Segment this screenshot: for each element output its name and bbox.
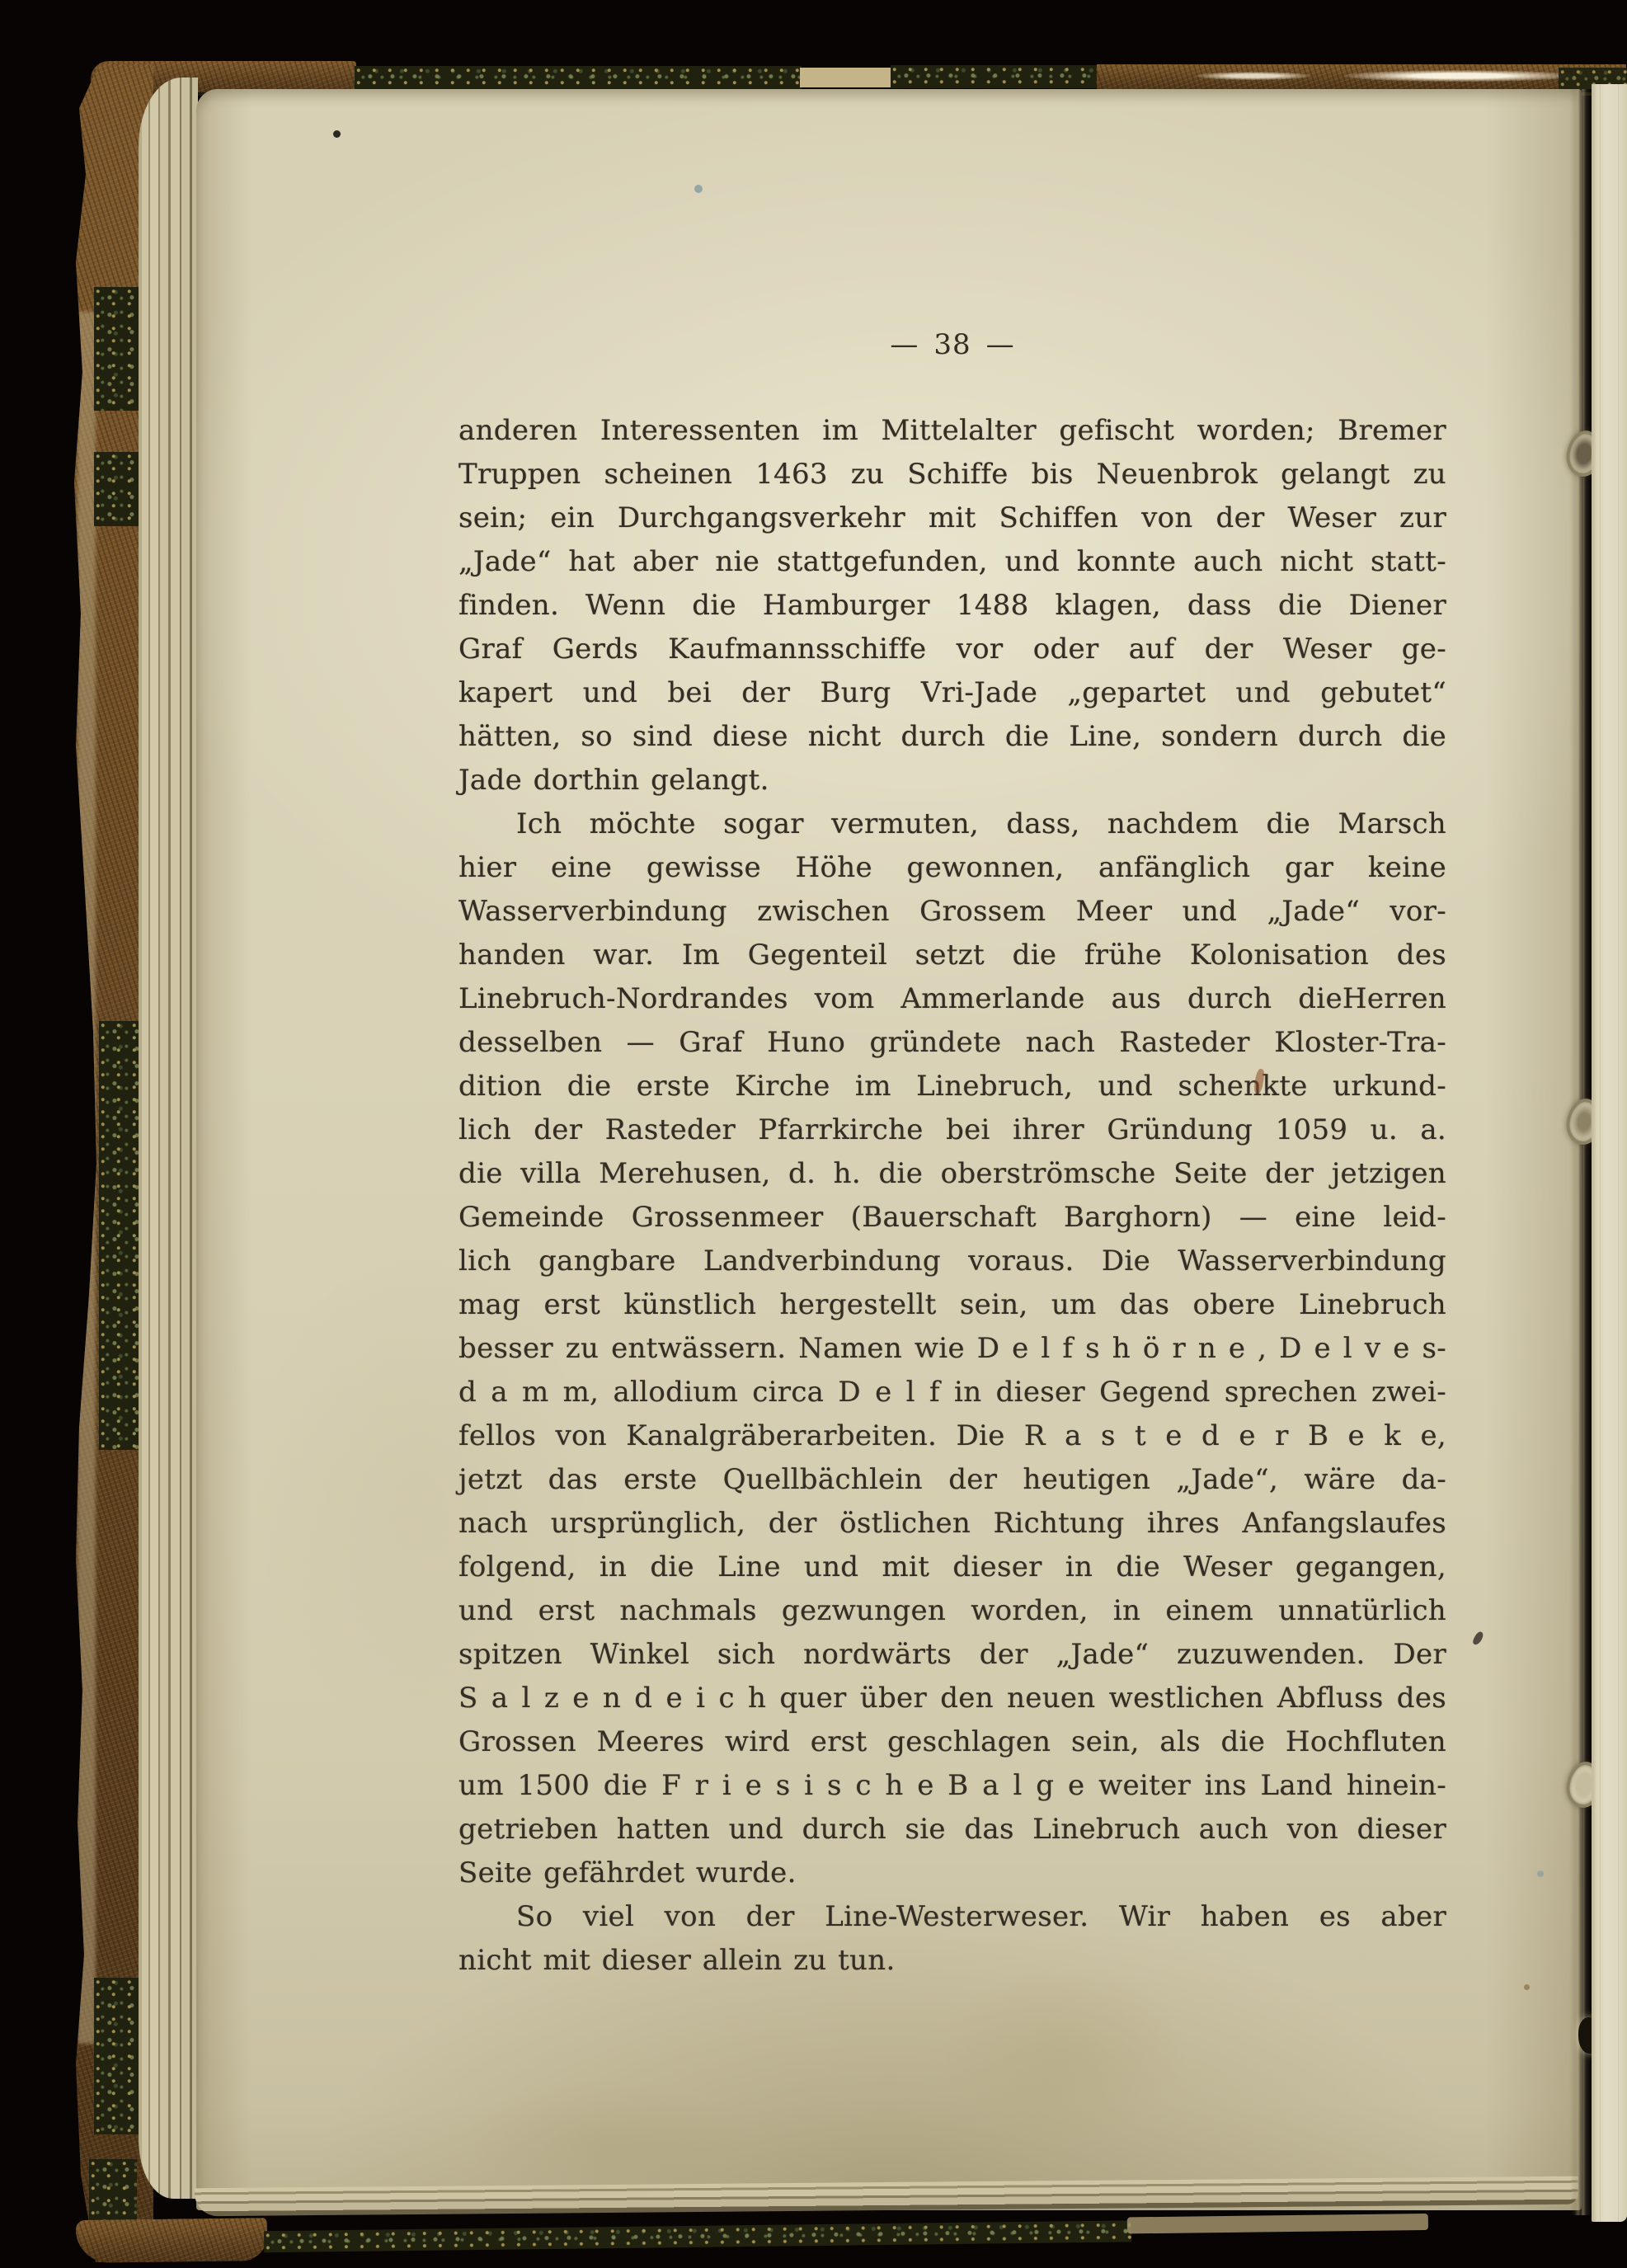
top-edge-tan-strip (800, 68, 892, 87)
page-number: — 38 — (458, 328, 1446, 361)
foxing-stain (1179, 544, 1361, 792)
text-line: nicht mit dieser allein zu tun. (458, 1939, 1446, 1983)
text-line: lich der Rasteder Pfarrkirche bei ihrer … (458, 1108, 1446, 1152)
text-line: fellos von Kanalgräberarbeiten. Die R a … (458, 1414, 1446, 1458)
text-line: Linebruch-Nordrandes vom Ammerlande aus … (458, 977, 1446, 1021)
marbled-cover-patch (94, 1978, 142, 2134)
binding-gutter (1570, 89, 1592, 2215)
text-line: handen war. Im Gegenteil setzt die frühe… (458, 934, 1446, 977)
page-stack-left-edges (139, 78, 198, 2199)
cover-board-sliver (78, 312, 96, 2044)
scanned-book-photo: — 38 — anderen Interessenten im Mittelal… (0, 0, 1627, 2268)
text-line: um 1500 die F r i e s i s c h e B a l g … (458, 1764, 1446, 1808)
glossy-highlight (1344, 70, 1575, 82)
text-line: So viel von der Line-Westerweser. Wir ha… (458, 1895, 1446, 1939)
bottom-tan-strip (1127, 2214, 1428, 2233)
text-line: anderen Interessenten im Mittelalter gef… (458, 409, 1446, 453)
glossy-highlight (1196, 72, 1311, 80)
ink-speck (333, 130, 341, 138)
text-line: dition die erste Kirche im Linebruch, un… (458, 1065, 1446, 1108)
foxing-stain (940, 1963, 1187, 2144)
text-line: d a m m, allodium circa D e l f in diese… (458, 1371, 1446, 1414)
text-line: hier eine gewisse Höhe gewonnen, anfängl… (458, 846, 1446, 890)
text-line: Wasserverbindung zwischen Grossem Meer u… (458, 890, 1446, 934)
text-line: nach ursprünglich, der östlichen Richtun… (458, 1502, 1446, 1546)
text-line: lich gangbare Landverbindung voraus. Die… (458, 1240, 1446, 1283)
text-line: Grossen Meeres wird erst geschlagen sein… (458, 1720, 1446, 1764)
marbled-cover-patch (94, 287, 142, 411)
top-edge-marbled-strip (891, 65, 1098, 88)
marbled-cover-patch (94, 452, 142, 526)
foxing-stain (462, 2078, 742, 2202)
text-line: und erst nachmals gezwungen worden, in e… (458, 1589, 1446, 1633)
text-line: desselben — Graf Huno gründete nach Rast… (458, 1021, 1446, 1065)
text-line: Gemeinde Grossenmeer (Bauerschaft Bargho… (458, 1196, 1446, 1240)
text-line: mag erst künstlich hergestellt sein, um … (458, 1283, 1446, 1327)
top-edge-marbled-strip (355, 66, 802, 89)
text-line: jetzt das erste Quellbächlein der heutig… (458, 1458, 1446, 1502)
blue-speck (1537, 1870, 1544, 1877)
text-line: getrieben hatten und durch sie das Lineb… (458, 1808, 1446, 1852)
text-line: folgend, in die Line und mit dieser in d… (458, 1546, 1446, 1589)
facing-page-edge (1592, 84, 1627, 2222)
bottom-marbled-strip (264, 2220, 1131, 2252)
text-line: Truppen scheinen 1463 zu Schiffe bis Neu… (458, 453, 1446, 496)
brown-speck (1524, 1984, 1530, 1990)
text-line: die villa Merehusen, d. h. die oberström… (458, 1152, 1446, 1196)
foxing-stain (247, 1237, 594, 1748)
book-page: — 38 — anderen Interessenten im Mittelal… (196, 89, 1582, 2210)
text-line: spitzen Winkel sich nordwärts der „Jade“… (458, 1633, 1446, 1677)
blue-speck (694, 185, 703, 193)
text-line: Seite gefährdet wurde. (458, 1852, 1446, 1895)
top-edge-leather-strip (1097, 64, 1626, 89)
text-line: besser zu entwässern. Namen wie D e l f … (458, 1327, 1446, 1371)
text-line: Ich möchte sogar vermuten, dass, nachdem… (458, 802, 1446, 846)
bottom-leather-corner (76, 2218, 268, 2263)
text-line: S a l z e n d e i c h quer über den neue… (458, 1677, 1446, 1720)
text-line: sein; ein Durchgangsverkehr mit Schiffen… (458, 496, 1446, 540)
